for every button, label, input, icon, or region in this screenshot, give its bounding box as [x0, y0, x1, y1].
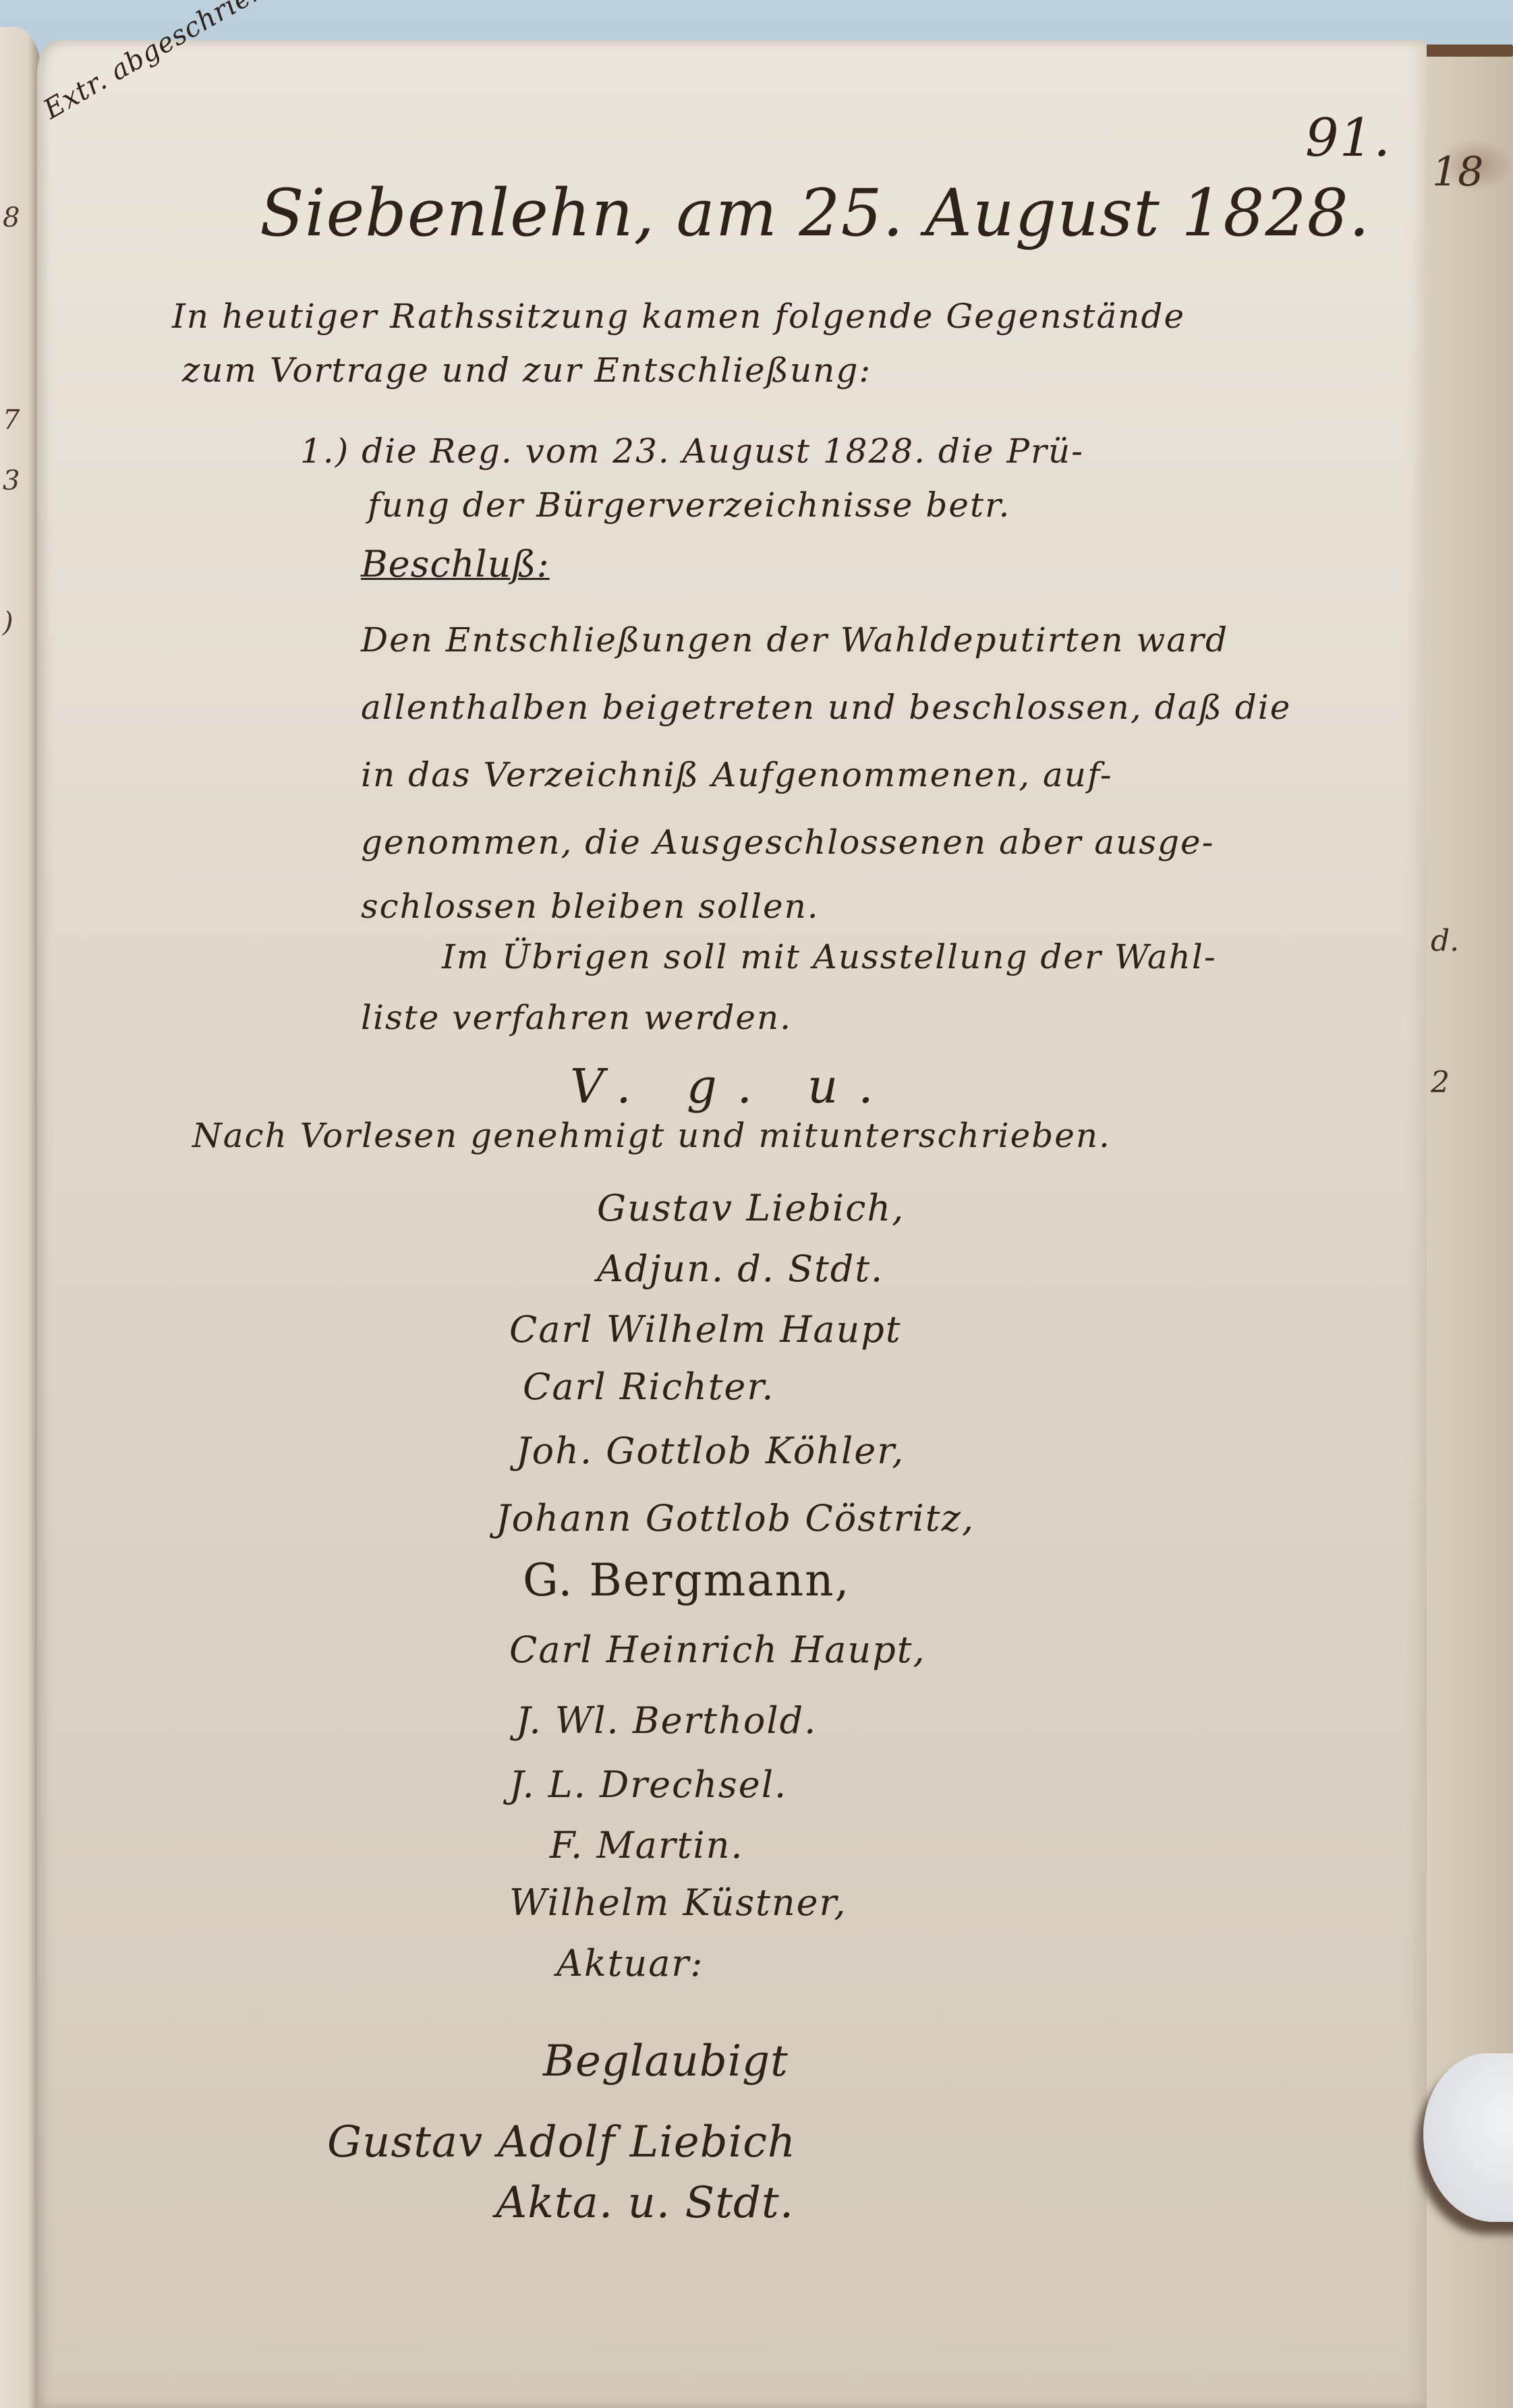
- intro-line: zum Vortrage und zur Entschließung:: [182, 351, 872, 390]
- agenda-item-line: fung der Bürgerverzeichnisse betr.: [368, 486, 1010, 525]
- resolution-heading: Beschluß:: [361, 543, 550, 585]
- signature: Carl Wilhelm Haupt: [509, 1308, 902, 1351]
- left-adjacent-page: 8 7 3 ): [0, 27, 40, 2408]
- further-line: Im Übrigen soll mit Ausstellung der Wahl…: [442, 937, 1217, 976]
- resolution-line: genommen, die Ausgeschlossenen aber ausg…: [361, 823, 1214, 862]
- left-edge-mark: 3: [3, 465, 20, 496]
- signature: Wilhelm Küstner,: [509, 1881, 847, 1924]
- resolution-line: allenthalben beigetreten und beschlossen…: [361, 688, 1291, 727]
- signature: J. Wl. Berthold.: [516, 1699, 817, 1742]
- abbreviation-vgu: V. g. u.: [570, 1059, 893, 1114]
- right-edge-mark: d.: [1431, 924, 1459, 958]
- right-edge-mark: 18: [1432, 148, 1483, 196]
- left-edge-mark: 8: [3, 202, 20, 233]
- signature: J. L. Drechsel.: [509, 1763, 787, 1806]
- right-edge-mark: 2: [1431, 1065, 1450, 1100]
- left-edge-mark: ): [3, 607, 13, 638]
- page-heading: Siebenlehn, am 25. August 1828.: [260, 175, 1370, 251]
- folio-number: 91.: [1305, 108, 1391, 169]
- signature: Carl Heinrich Haupt,: [509, 1628, 926, 1671]
- resolution-line: in das Verzeichniß Aufgenommenen, auf-: [361, 755, 1113, 794]
- attestation-label: Beglaubigt: [543, 2036, 789, 2086]
- signature: Johann Gottlob Cöstritz,: [496, 1497, 975, 1539]
- signature: G. Bergmann,: [523, 1554, 851, 1606]
- attestation-signatory: Gustav Adolf Liebich: [327, 2117, 796, 2167]
- resolution-line: schlossen bleiben sollen.: [361, 887, 820, 926]
- signature: F. Martin.: [550, 1824, 744, 1867]
- signature: Gustav Liebich,: [597, 1187, 905, 1229]
- manuscript-page: Extr. abgeschrieben. 91. Siebenlehn, am …: [37, 40, 1427, 2408]
- signature: Joh. Gottlob Köhler,: [516, 1430, 905, 1472]
- agenda-item-line: 1.) die Reg. vom 23. August 1828. die Pr…: [300, 432, 1084, 471]
- left-edge-mark: 7: [3, 405, 20, 436]
- further-line: liste verfahren werden.: [361, 998, 792, 1037]
- intro-line: In heutiger Rathssitzung kamen folgende …: [172, 297, 1185, 336]
- closing-line: Nach Vorlesen genehmigt und mitunterschr…: [192, 1116, 1111, 1155]
- signature: Aktuar:: [556, 1942, 704, 1985]
- signature: Adjun. d. Stdt.: [597, 1247, 884, 1290]
- attestation-signatory: Akta. u. Stdt.: [496, 2178, 794, 2228]
- signature: Carl Richter.: [523, 1365, 774, 1408]
- book-edge-binding: [1425, 45, 1513, 57]
- resolution-line: Den Entschließungen der Wahldeputirten w…: [361, 620, 1228, 659]
